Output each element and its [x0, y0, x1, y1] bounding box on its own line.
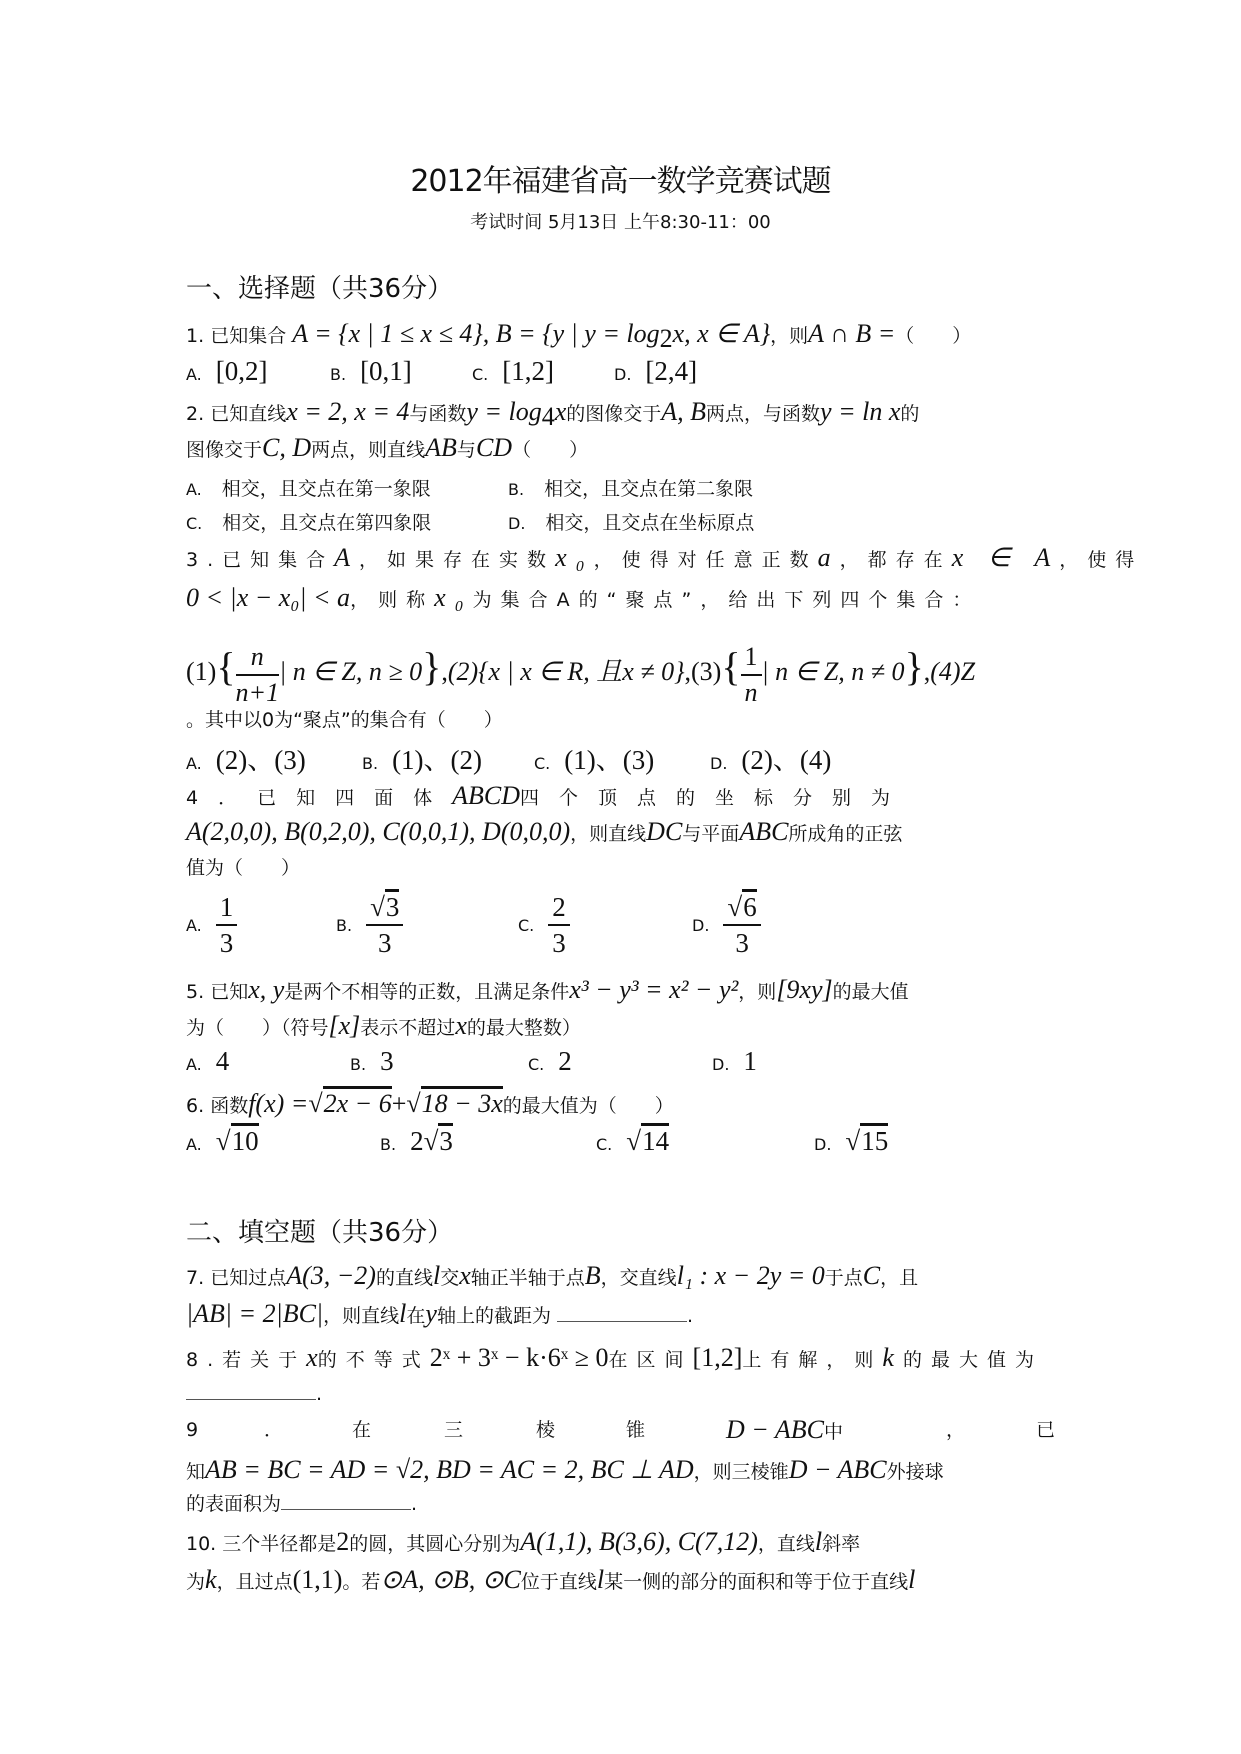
text-fragment: A, B — [661, 397, 706, 426]
text-fragment: } — [422, 644, 441, 689]
text-fragment: ，如果存在实数 — [359, 549, 555, 571]
text-fragment: x — [455, 1011, 467, 1040]
text-fragment: ⊙A, ⊙B, ⊙C — [380, 1565, 520, 1594]
text-fragment: 斜率 — [822, 1533, 860, 1555]
text-fragment: x³ − y³ = x² − y² — [569, 975, 738, 1004]
text-fragment: 轴上的截距为 — [437, 1305, 551, 1327]
text-fragment: 某一侧的部分的面积和等于位于直线 — [604, 1571, 908, 1593]
text-fragment: . — [316, 1383, 322, 1405]
text-fragment: y = log — [466, 397, 541, 426]
text-fragment: (1)、(2) — [392, 745, 482, 775]
text-fragment: } — [905, 644, 924, 689]
exam-time: 考试时间 5月13日 上午8:30-11：00 — [0, 208, 1241, 234]
q5-option-b: B.3 — [350, 1046, 394, 1077]
text-fragment: 6 — [742, 889, 757, 922]
text-fragment: x₀ — [434, 583, 473, 612]
text-fragment: 与 — [457, 439, 476, 461]
text-fragment: 2ˣ + 3ˣ − k·6ˣ ≥ 0 — [430, 1343, 609, 1372]
text-fragment: AB = BC = AD = √2, BD = AC = 2, BC ⊥ AD — [205, 1455, 694, 1484]
text-fragment: 锥 — [626, 1412, 645, 1448]
text-fragment: 1 — [741, 640, 762, 676]
question-2-line-1: 2. 已知直线x = 2, x = 4与函数y = log4x的图像交于A, B… — [186, 394, 1055, 435]
text-fragment: ，则称 — [350, 589, 434, 611]
text-fragment: + — [392, 1089, 407, 1118]
q1-option-c: C.[1,2] — [472, 356, 554, 387]
text-fragment: [1,2] — [502, 356, 554, 386]
text-fragment: √6 — [723, 890, 760, 926]
text-fragment: ． — [264, 1412, 283, 1448]
text-fragment: k — [882, 1343, 903, 1372]
text-fragment: D. — [710, 754, 727, 773]
text-fragment: 3 — [366, 926, 403, 960]
text-fragment: 的最大值为 — [903, 1349, 1043, 1371]
text-fragment: 13 — [216, 890, 238, 960]
text-fragment: . — [411, 1493, 417, 1515]
q6-option-d: D.√15 — [814, 1126, 888, 1157]
text-fragment: | n ∈ Z, n ≥ 0 — [279, 657, 422, 686]
question-3-line-1: 3.已知集合A，如果存在实数x₀，使得对任意正数a，都存在x ∈ A，使得 — [186, 540, 1055, 578]
q2-option-a: A.相交，且交点在第一象限 — [186, 474, 431, 501]
text-fragment: ．已知四面体 — [218, 787, 452, 809]
text-fragment: 15 — [860, 1123, 888, 1156]
text-fragment: 与平面 — [682, 823, 739, 845]
text-fragment: 3 — [548, 926, 570, 960]
text-fragment: C. — [186, 514, 202, 533]
text-fragment: 的图像交于 — [566, 403, 661, 425]
text-fragment: 函数 — [210, 1095, 248, 1117]
text-fragment: 在 — [352, 1412, 371, 1448]
text-fragment: (1)、(3) — [564, 745, 654, 775]
text-fragment: A. — [186, 365, 202, 384]
text-fragment: C. — [596, 1135, 612, 1154]
text-fragment: 10. — [186, 1533, 216, 1555]
answer-blank-8[interactable] — [186, 1379, 316, 1400]
text-fragment: 位于直线 — [521, 1571, 597, 1593]
text-fragment: 18 − 3x — [421, 1086, 503, 1118]
q3-option-b: B.(1)、(2) — [362, 738, 482, 777]
text-fragment: 2. — [186, 403, 204, 425]
text-fragment: A ∩ B = — [808, 319, 895, 348]
text-fragment: . — [687, 1305, 693, 1327]
text-fragment: 4 — [216, 1046, 230, 1076]
q3-option-d: D.(2)、(4) — [710, 738, 831, 777]
text-fragment: (3) — [691, 657, 721, 686]
text-fragment: 的最大整数） — [467, 1017, 581, 1039]
text-fragment: 的圆，其圆心分别为 — [349, 1533, 520, 1555]
text-fragment: (1,1) — [293, 1565, 343, 1594]
text-fragment: ，则三棱锥 — [694, 1461, 789, 1483]
text-fragment: (1) — [186, 657, 216, 686]
text-fragment: 9 — [186, 1412, 198, 1448]
text-fragment: C. — [518, 916, 534, 935]
text-fragment: 若关于 — [222, 1349, 306, 1371]
text-fragment: 1. — [186, 325, 204, 347]
text-fragment: 所成角的正弦 — [788, 823, 902, 845]
section-heading-multiple-choice: 一、选择题（共36分） — [186, 268, 453, 305]
text-fragment: 已知过点 — [210, 1267, 286, 1289]
text-fragment: ，交直线 — [601, 1267, 677, 1289]
text-fragment: ，则直线 — [323, 1305, 399, 1327]
text-fragment: l₁ : x − 2y = 0 — [677, 1261, 825, 1290]
text-fragment: 的最大值 — [833, 981, 909, 1003]
question-10-line-1: 10. 三个半径都是2的圆，其圆心分别为A(1,1), B(3,6), C(7,… — [186, 1524, 1055, 1562]
text-fragment: 0 < |x − x₀| < a — [186, 583, 350, 612]
text-fragment: ，都存在 — [840, 549, 952, 571]
text-fragment: ，使得 — [1059, 549, 1143, 571]
text-fragment: a — [818, 543, 840, 572]
q2-option-b: B.相交，且交点在第二象限 — [508, 474, 753, 501]
question-6: 6. 函数f(x) =√2x − 6+√18 − 3x的最大值为（ ） — [186, 1086, 1055, 1124]
text-fragment: 23 — [548, 890, 570, 960]
question-3-sets: (1){nn+1| n ∈ Z, n ≥ 0},(2){x | x ∈ R, 且… — [186, 632, 1055, 710]
text-fragment: D. — [692, 916, 709, 935]
text-fragment: x = 2, x = 4 — [286, 397, 409, 426]
text-fragment: A. — [186, 1135, 202, 1154]
q2-option-c: C.相交，且交点在第四象限 — [186, 508, 431, 535]
fraction: nn+1 — [236, 640, 280, 710]
text-fragment: 在区间 — [609, 1349, 693, 1371]
text-fragment: 值为（ ） — [186, 857, 300, 879]
text-fragment: 已知集合 — [222, 549, 334, 571]
text-fragment: √2x − 6 — [308, 1086, 391, 1118]
text-fragment: 的表面积为 — [186, 1493, 281, 1515]
text-fragment: B. — [336, 916, 352, 935]
text-fragment: B. — [508, 480, 524, 499]
text-fragment: （ ） — [895, 325, 971, 347]
text-fragment: f(x) = — [248, 1089, 308, 1118]
text-fragment: B. — [350, 1055, 366, 1074]
text-fragment: 1 — [216, 890, 238, 926]
text-fragment: 。其中以0为“聚点”的集合有（ ） — [186, 709, 503, 731]
text-fragment: [9xy] — [776, 975, 832, 1004]
exam-page: 2012年福建省高一数学竞赛试题 考试时间 5月13日 上午8:30-11：00… — [0, 0, 1241, 1754]
text-fragment: { — [216, 644, 235, 689]
answer-blank-9[interactable] — [281, 1489, 411, 1510]
text-fragment: 于点 — [825, 1267, 863, 1289]
text-fragment: [x] — [329, 1011, 361, 1040]
text-fragment: 2 — [336, 1527, 349, 1556]
text-fragment: x₀ — [555, 543, 594, 572]
text-fragment: 为（ ）（符号 — [186, 1017, 329, 1039]
text-fragment: (2)、(4) — [741, 745, 831, 775]
text-fragment: 8. — [186, 1349, 222, 1371]
text-fragment: 7. — [186, 1267, 204, 1289]
q2-option-d: D.相交，且交点在坐标原点 — [508, 508, 754, 535]
text-fragment: D. — [814, 1135, 831, 1154]
question-8-line-1: 8.若关于x的不等式2ˣ + 3ˣ − k·6ˣ ≥ 0在区间[1,2]上有解，… — [186, 1340, 1055, 1378]
q4-option-c: C.23 — [518, 890, 570, 960]
text-fragment: 轴正半轴于点 — [471, 1267, 585, 1289]
text-fragment: D − ABC中 — [726, 1412, 843, 1450]
text-fragment: (2)、(3) — [216, 745, 306, 775]
question-10-line-2: 为k，且过点(1,1)。若⊙A, ⊙B, ⊙C位于直线l某一侧的部分的面积和等于… — [186, 1562, 1055, 1600]
q1-option-b: B.[0,1] — [330, 356, 412, 387]
question-4-line-2: A(2,0,0), B(0,2,0), C(0,0,1), D(0,0,0)，则… — [186, 814, 1055, 852]
text-fragment: 3 — [380, 1046, 394, 1076]
text-fragment: 2 — [410, 1126, 424, 1156]
q3-option-c: C.(1)、(3) — [534, 738, 654, 777]
text-fragment: 为集合A的“聚点”，给出下列四个集合： — [473, 589, 981, 611]
text-fragment: 2 — [558, 1046, 572, 1076]
text-fragment: 两点，与函数 — [706, 403, 820, 425]
text-fragment: 的最大值为（ ） — [503, 1095, 674, 1117]
text-fragment: ABC — [739, 817, 788, 846]
text-fragment: A(3, −2) — [286, 1261, 376, 1290]
text-fragment: 已知直线 — [210, 403, 286, 425]
text-fragment: 3 — [216, 926, 238, 960]
text-fragment: C. — [528, 1055, 544, 1074]
text-fragment: | n ∈ Z, n ≠ 0 — [762, 657, 905, 686]
text-fragment: A = {x | 1 ≤ x ≤ 4}, B = {y | y = log — [292, 319, 659, 348]
text-fragment: A — [334, 543, 359, 572]
text-fragment: AB — [425, 433, 457, 462]
q6-option-a: A.√10 — [186, 1126, 259, 1157]
q1-option-a: A.[0,2] — [186, 356, 267, 387]
text-fragment: 5. — [186, 981, 204, 1003]
text-fragment: √63 — [723, 890, 760, 960]
section-heading-fill-in: 二、填空题（共36分） — [186, 1212, 453, 1249]
text-fragment: 3 — [438, 1123, 453, 1156]
text-fragment: [1,2] — [693, 1343, 743, 1372]
q4-option-d: D.√63 — [692, 890, 761, 960]
text-fragment: 已 — [1036, 1412, 1055, 1448]
text-fragment: 已知集合 — [210, 325, 286, 347]
text-fragment: ， — [946, 1412, 965, 1448]
text-fragment: A. — [186, 480, 202, 499]
text-fragment: ，则 — [770, 325, 808, 347]
text-fragment: A. — [186, 916, 202, 935]
q5-option-a: A.4 — [186, 1046, 229, 1077]
text-fragment: x — [555, 397, 567, 426]
text-fragment: 为 — [186, 1571, 205, 1593]
text-fragment: D. — [508, 514, 525, 533]
text-fragment: 相交，且交点在第一象限 — [222, 478, 431, 500]
text-fragment: (2){x | x ∈ R, 且x ≠ 0} — [448, 657, 685, 686]
text-fragment: 表示不超过 — [360, 1017, 455, 1039]
text-fragment: k — [205, 1565, 217, 1594]
text-fragment: |AB| = 2|BC| — [186, 1299, 323, 1328]
text-fragment: x — [306, 1343, 318, 1372]
text-fragment: 10 — [231, 1123, 259, 1156]
text-fragment: 图像交于 — [186, 439, 262, 461]
text-fragment: 2 — [548, 890, 570, 926]
question-3-line-4: 。其中以0为“聚点”的集合有（ ） — [186, 702, 1055, 738]
q6-option-b: B.2√3 — [380, 1126, 453, 1157]
text-fragment: √10 — [216, 1123, 259, 1156]
text-fragment: y = ln x — [820, 397, 900, 426]
text-fragment: √3 — [424, 1123, 453, 1156]
text-fragment: ABCD — [452, 781, 520, 810]
text-fragment: √6 — [727, 889, 756, 922]
text-fragment: 14 — [641, 1123, 669, 1156]
text-fragment: B. — [330, 365, 346, 384]
q6-option-c: C.√14 — [596, 1126, 669, 1157]
text-fragment: √3 — [370, 889, 399, 922]
q4-option-a: A.13 — [186, 890, 237, 960]
text-fragment: 3 — [723, 926, 760, 960]
text-fragment: 三个半径都是 — [222, 1533, 336, 1555]
text-fragment: 知 — [186, 1461, 205, 1483]
question-8-line-2: . — [186, 1376, 1055, 1412]
text-fragment: B — [585, 1261, 601, 1290]
text-fragment: A(2,0,0), B(0,2,0), C(0,0,1), D(0,0,0) — [186, 817, 570, 846]
text-fragment: B. — [380, 1135, 396, 1154]
answer-blank-7[interactable] — [557, 1301, 687, 1322]
text-fragment: [0,2] — [216, 356, 268, 386]
text-fragment: 在 — [406, 1305, 425, 1327]
text-fragment: A. — [186, 1055, 202, 1074]
text-fragment: 相交，且交点在第四象限 — [222, 512, 431, 534]
text-fragment: A(1,1), B(3,6), C(7,12) — [520, 1527, 758, 1556]
text-fragment: 三 — [444, 1412, 463, 1448]
text-fragment: [0,1] — [360, 356, 412, 386]
text-fragment: 的 — [900, 403, 919, 425]
text-fragment: 的直线 — [376, 1267, 433, 1289]
text-fragment: ，且 — [880, 1267, 918, 1289]
text-fragment: √15 — [845, 1123, 888, 1156]
q1-option-d: D.[2,4] — [614, 356, 697, 387]
question-2-line-2: 图像交于C, D两点，则直线AB与CD（ ） — [186, 430, 1055, 468]
text-fragment: (4)Z — [930, 657, 975, 686]
text-fragment: 已知 — [210, 981, 248, 1003]
question-3-line-2: 0 < |x − x₀| < a，则称x₀为集合A的“聚点”，给出下列四个集合： — [186, 580, 1055, 618]
text-fragment: √14 — [626, 1123, 669, 1156]
question-4-line-1: 4．已知四面体ABCD四个顶点的坐标分别为 — [186, 778, 1055, 816]
question-7-line-2: |AB| = 2|BC|，则直线l在y轴上的截距为 . — [186, 1296, 1055, 1334]
text-fragment: D − ABC — [789, 1455, 887, 1484]
text-fragment: x, x ∈ A} — [673, 319, 771, 348]
text-fragment: 3 — [385, 889, 400, 922]
text-fragment: C. — [472, 365, 488, 384]
text-fragment: 中 — [824, 1421, 843, 1443]
document-title: 2012年福建省高一数学竞赛试题 — [0, 156, 1241, 200]
text-fragment: 两点，则直线 — [311, 439, 425, 461]
question-4-line-3: 值为（ ） — [186, 850, 1055, 886]
text-fragment: C, D — [262, 433, 311, 462]
question-9-line-3: 的表面积为. — [186, 1486, 1055, 1522]
text-fragment: （ ） — [512, 439, 588, 461]
text-fragment: ，且过点 — [217, 1571, 293, 1593]
text-fragment: √3 — [366, 890, 403, 926]
text-fragment: 4 — [186, 787, 218, 809]
fraction: 1n — [741, 640, 762, 710]
text-fragment: ，则直线 — [570, 823, 646, 845]
text-fragment: n — [236, 640, 280, 676]
text-fragment: 。若 — [342, 1571, 380, 1593]
text-fragment: D. — [614, 365, 631, 384]
text-fragment: 是两个不相等的正数，且满足条件 — [284, 981, 569, 1003]
text-fragment: CD — [476, 433, 512, 462]
text-fragment: DC — [646, 817, 682, 846]
text-fragment: 交 — [440, 1267, 459, 1289]
q5-option-c: C.2 — [528, 1046, 572, 1077]
text-fragment: C — [863, 1261, 880, 1290]
text-fragment: ，直线 — [758, 1533, 815, 1555]
text-fragment: ，使得对任意正数 — [594, 549, 818, 571]
text-fragment: 相交，且交点在坐标原点 — [545, 512, 754, 534]
text-fragment: y — [425, 1299, 437, 1328]
text-fragment: 2x − 6 — [323, 1086, 392, 1118]
text-fragment: √18 − 3x — [406, 1086, 502, 1118]
question-7-line-1: 7. 已知过点A(3, −2)的直线l交x轴正半轴于点B，交直线l₁ : x −… — [186, 1258, 1055, 1296]
text-fragment: 上有解，则 — [742, 1349, 882, 1371]
q3-option-a: A.(2)、(3) — [186, 738, 306, 777]
text-fragment: ，则 — [738, 981, 776, 1003]
text-fragment: B. — [362, 754, 378, 773]
text-fragment: l — [908, 1565, 915, 1594]
text-fragment: [2,4] — [645, 356, 697, 386]
text-fragment: 1 — [743, 1046, 757, 1076]
text-fragment: x — [459, 1261, 471, 1290]
text-fragment: 与函数 — [409, 403, 466, 425]
q5-option-d: D.1 — [712, 1046, 757, 1077]
question-1: 1. 已知集合 A = {x | 1 ≤ x ≤ 4}, B = {y | y … — [186, 316, 1055, 357]
text-fragment: C. — [534, 754, 550, 773]
text-fragment: 6. — [186, 1095, 204, 1117]
text-fragment: { — [721, 644, 740, 689]
text-fragment: 的不等式 — [318, 1349, 430, 1371]
text-fragment: 外接球 — [887, 1461, 944, 1483]
question-5-line-2: 为（ ）（符号[x]表示不超过x的最大整数） — [186, 1008, 1055, 1046]
text-fragment: x ∈ A — [952, 543, 1060, 572]
text-fragment: 四个顶点的坐标分别为 — [520, 787, 910, 809]
text-fragment: D. — [712, 1055, 729, 1074]
text-fragment: 相交，且交点在第二象限 — [544, 478, 753, 500]
text-fragment: A. — [186, 754, 202, 773]
text-fragment: D − ABC — [726, 1415, 824, 1444]
question-5-line-1: 5. 已知x, y是两个不相等的正数，且满足条件x³ − y³ = x² − y… — [186, 972, 1055, 1010]
question-9-line-2: 知AB = BC = AD = √2, BD = AC = 2, BC ⊥ AD… — [186, 1452, 1055, 1490]
text-fragment: √33 — [366, 890, 403, 960]
text-fragment: x, y — [248, 975, 284, 1004]
text-fragment: 棱 — [536, 1412, 555, 1448]
text-fragment: 3. — [186, 549, 222, 571]
q4-option-b: B.√33 — [336, 890, 403, 960]
